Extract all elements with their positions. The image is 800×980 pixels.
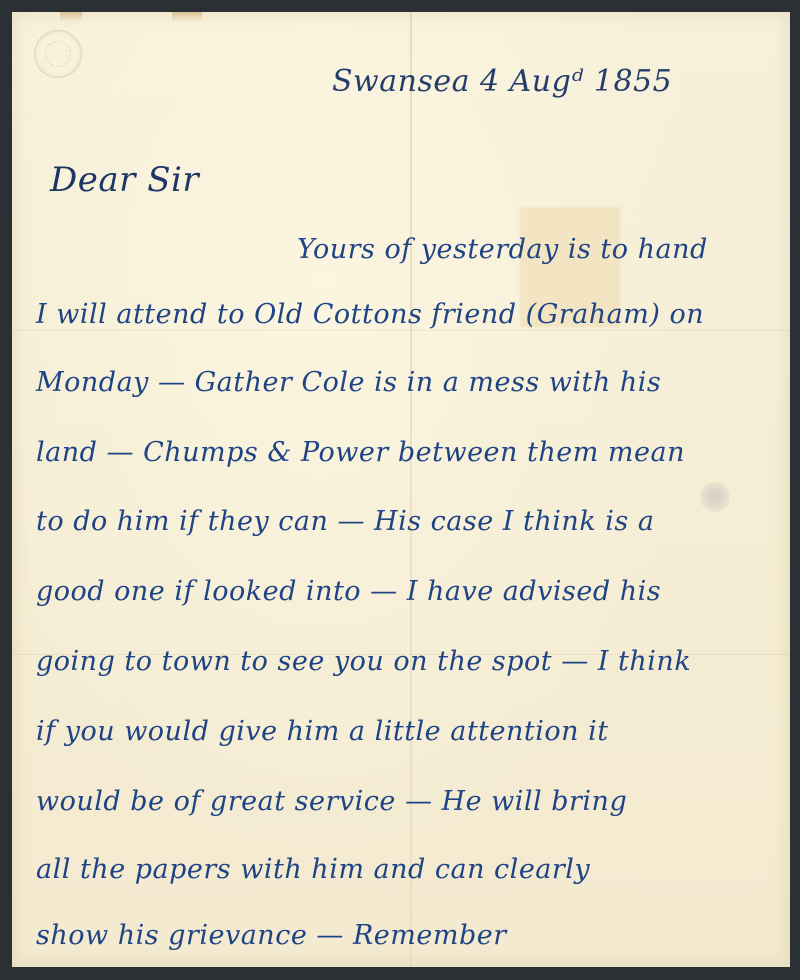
- letter-line: if you would give him a little attention…: [36, 716, 609, 747]
- embossed-seal-icon: [34, 30, 82, 78]
- letter-line: Monday — Gather Cole is in a mess with h…: [36, 367, 661, 398]
- fold-line-vertical: [410, 12, 412, 967]
- letter-salutation: Dear Sir: [50, 160, 199, 200]
- letter-dateline: Swansea 4 Augᵈ 1855: [332, 64, 672, 99]
- letter-line: would be of great service — He will brin…: [36, 786, 627, 817]
- letter-line: good one if looked into — I have advised…: [36, 576, 661, 607]
- letter-line: land — Chumps & Power between them mean: [36, 437, 685, 468]
- letter-line: going to town to see you on the spot — I…: [36, 646, 691, 677]
- letter-paper: Swansea 4 Augᵈ 1855 Dear Sir Yours of ye…: [12, 12, 790, 967]
- letter-line: to do him if they can — His case I think…: [36, 506, 654, 537]
- letter-line: Yours of yesterday is to hand: [297, 234, 708, 265]
- letter-line: show his grievance — Remember: [36, 920, 507, 951]
- fold-line-horizontal: [12, 330, 790, 331]
- stain-mark: [60, 12, 82, 22]
- letter-line: I will attend to Old Cottons friend (Gra…: [36, 299, 704, 330]
- ink-blot: [700, 482, 730, 512]
- scan-background: Swansea 4 Augᵈ 1855 Dear Sir Yours of ye…: [0, 0, 800, 980]
- stain-mark: [172, 12, 202, 22]
- letter-line: all the papers with him and can clearly: [36, 854, 590, 885]
